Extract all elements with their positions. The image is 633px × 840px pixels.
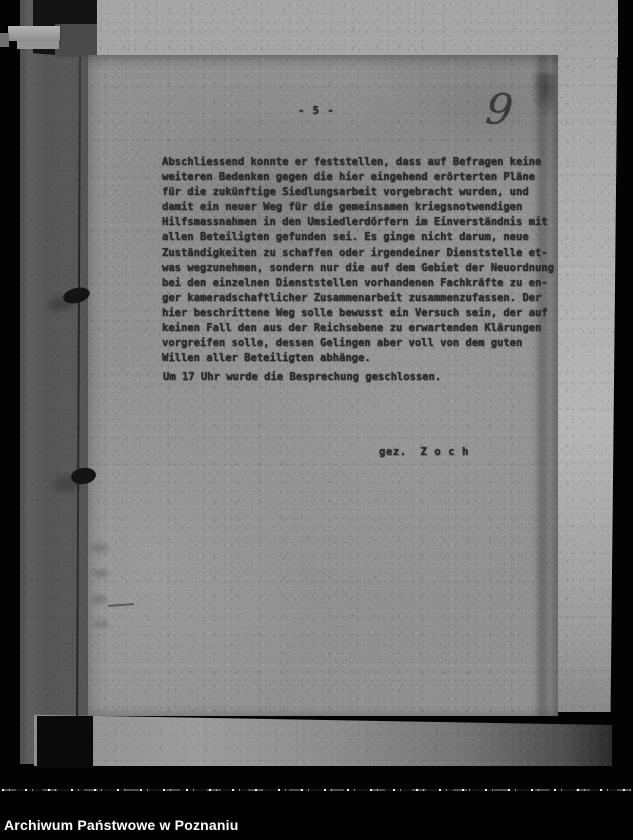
typewritten-line: ger kameradschaftlicher Zusammenarbeit z… xyxy=(162,291,554,306)
typewritten-line: für die zukünftige Siedlungsarbeit vorge… xyxy=(162,185,554,200)
paper-scratch xyxy=(108,603,134,607)
typewritten-line: bei den einzelnen Dienststellen vorhande… xyxy=(162,276,554,291)
typewritten-line: weiteren Bedenken gegen die hier eingehe… xyxy=(162,170,554,185)
film-edge-tab xyxy=(0,33,9,47)
handwritten-folio-number: 9 xyxy=(483,84,515,134)
typewritten-line: was wegzunehmen, sondern nur die auf dem… xyxy=(162,261,554,276)
binder-clamp-bar-lower xyxy=(17,41,59,49)
document-page: - 5 - 9 Abschliessend konnte er feststel… xyxy=(88,55,558,716)
archive-caption-bar: Archiwum Państwowe w Poznaniu xyxy=(0,800,633,840)
closing-sentence: Um 17 Uhr wurde die Besprechung geschlos… xyxy=(163,371,441,383)
typewritten-line: allen Beteiligten gefunden sei. Es ginge… xyxy=(162,230,554,245)
page-corner-smudge xyxy=(530,73,556,119)
typewritten-line: Hilfsmassnahmen in den Umsiedlerdörfern … xyxy=(162,215,554,230)
bleed-through-mark xyxy=(94,620,108,628)
typewritten-line: Zuständigkeiten zu schaffen oder irgende… xyxy=(162,246,554,261)
page-number: - 5 - xyxy=(298,105,335,117)
typewritten-line: vorgreifen solle, dessen Gelingen aber v… xyxy=(162,336,554,351)
background-sheet-right xyxy=(556,0,618,712)
typewritten-line: keinen Fall den aus der Reichsebene zu e… xyxy=(162,321,554,336)
bleed-through-mark xyxy=(92,595,107,604)
archive-caption-label: Archiwum Państwowe w Poznaniu xyxy=(4,817,239,833)
typewritten-line: Abschliessend konnte er feststellen, das… xyxy=(162,155,554,170)
film-notch-bottom-left xyxy=(37,716,93,768)
bleed-through-mark xyxy=(91,543,109,553)
typewritten-paragraph: Abschliessend konnte er feststellen, das… xyxy=(162,155,554,366)
typewritten-line: hier beschrittene Weg solle bewusst ein … xyxy=(162,306,554,321)
typewritten-line: damit ein neuer Weg für die gemeinsamen … xyxy=(162,200,554,215)
binder-clamp-bar xyxy=(8,26,60,41)
background-sheet-top xyxy=(20,0,618,57)
typewritten-line: Willen aller Beteiligten abhänge. xyxy=(162,351,554,366)
binder-clamp-body xyxy=(55,24,97,57)
microfilm-frame: - 5 - 9 Abschliessend konnte er feststel… xyxy=(0,0,633,800)
signature-line: gez. Z o c h xyxy=(379,446,469,458)
film-scratch-highlight xyxy=(2,789,631,791)
bleed-through-mark xyxy=(93,569,109,578)
